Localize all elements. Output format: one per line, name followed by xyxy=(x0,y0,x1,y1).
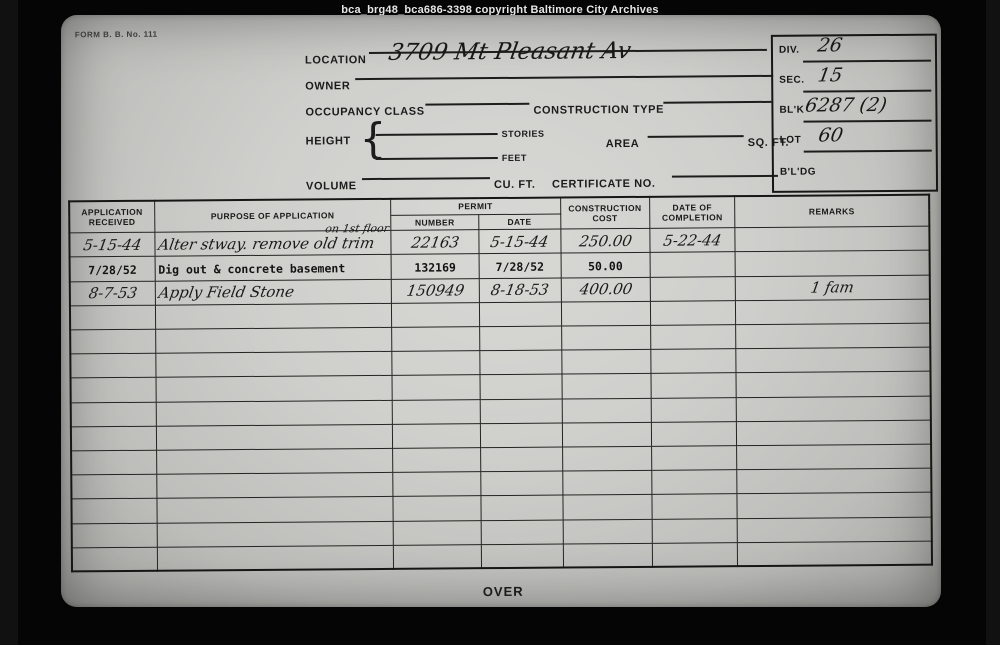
cell-completion xyxy=(652,446,737,471)
info-row-blk: BL'K 6287 (2) xyxy=(773,96,935,127)
info-row-div: DIV. 26 xyxy=(773,36,935,67)
cell-number xyxy=(393,423,481,448)
cell-purpose xyxy=(157,545,394,571)
cell-cost xyxy=(562,422,652,447)
feet-line xyxy=(376,157,498,160)
cell-completion xyxy=(650,276,735,301)
cell-remarks xyxy=(735,226,930,252)
cell-received xyxy=(70,305,155,330)
cell-cost: 250.00 xyxy=(560,229,650,254)
owner-line xyxy=(355,75,773,80)
cell-purpose xyxy=(157,521,394,547)
header-remarks: REMARKS xyxy=(735,195,930,228)
lot-line xyxy=(804,150,932,153)
cell-remarks xyxy=(736,347,931,373)
cell-remarks xyxy=(737,492,932,518)
occupancy-line xyxy=(425,103,529,106)
cell-received xyxy=(71,499,156,524)
cell-cost xyxy=(562,398,652,423)
cell-purpose xyxy=(156,448,393,474)
cell-cost xyxy=(563,519,653,544)
blk-label: BL'K xyxy=(779,105,804,116)
cell-remarks xyxy=(737,468,932,494)
cell-received xyxy=(72,523,157,548)
cell-number xyxy=(392,327,480,352)
cell-purpose xyxy=(156,472,393,498)
cell-cost xyxy=(562,470,652,495)
volume-line xyxy=(362,177,490,180)
cell-purpose xyxy=(155,352,392,378)
cell-date xyxy=(479,326,561,351)
cell-received xyxy=(72,547,157,572)
feet-label: FEET xyxy=(502,153,527,163)
div-value: 26 xyxy=(816,34,844,56)
cell-completion xyxy=(650,252,735,277)
cell-number xyxy=(393,520,481,545)
cell-number xyxy=(393,544,481,569)
location-label: LOCATION xyxy=(305,54,367,66)
info-row-lot: LOT 60 xyxy=(774,126,936,157)
cell-number xyxy=(392,399,480,424)
permit-table: APPLICATION RECEIVED PURPOSE OF APPLICAT… xyxy=(68,194,933,573)
cell-completion xyxy=(652,542,737,567)
cell-date: 5-15-44 xyxy=(479,229,561,254)
cell-completion xyxy=(651,373,736,398)
cell-remarks xyxy=(736,323,931,349)
cell-date xyxy=(480,350,562,375)
header-application-received: APPLICATION RECEIVED xyxy=(69,201,154,233)
cuft-label: CU. FT. xyxy=(494,179,536,191)
cell-cost: 400.00 xyxy=(561,277,651,302)
cell-remarks xyxy=(736,299,931,325)
stories-line xyxy=(376,133,498,136)
cell-completion xyxy=(651,421,736,446)
cell-completion xyxy=(652,494,737,519)
area-line xyxy=(648,135,744,138)
permit-index-card: FORM B. B. No. 111 LOCATION 3709 Mt Plea… xyxy=(61,15,941,607)
lot-value: 60 xyxy=(817,124,845,146)
volume-label: VOLUME xyxy=(306,180,357,192)
lot-info-box: DIV. 26 SEC. 15 BL'K 6287 (2) LOT xyxy=(771,34,938,193)
scan-background: bca_brg48_bca686-3398 copyright Baltimor… xyxy=(0,0,1000,645)
info-row-bldg: B'L'DG xyxy=(774,156,936,187)
cell-purpose xyxy=(155,303,392,329)
header-permit: PERMIT xyxy=(391,198,561,215)
cell-number xyxy=(392,375,480,400)
cell-number xyxy=(393,496,481,521)
cell-remarks xyxy=(735,251,930,277)
cell-cost: 50.00 xyxy=(561,253,651,278)
cell-received xyxy=(71,426,156,451)
header-permit-number: NUMBER xyxy=(391,214,479,230)
cell-number: 132169 xyxy=(391,254,479,279)
header-date-of-completion: DATE OF COMPLETION xyxy=(650,196,735,228)
cell-received xyxy=(71,378,156,403)
cell-number xyxy=(392,351,480,376)
sec-label: SEC. xyxy=(779,75,804,86)
cell-completion xyxy=(651,325,736,350)
cell-cost xyxy=(561,325,651,350)
cell-number: 150949 xyxy=(391,278,479,303)
certificate-label: CERTIFICATE NO. xyxy=(552,178,656,191)
cell-cost xyxy=(561,350,651,375)
cell-completion xyxy=(651,349,736,374)
cell-date: 8-18-53 xyxy=(479,278,561,303)
cell-completion xyxy=(652,470,737,495)
cell-cost xyxy=(563,543,653,568)
location-value: 3709 Mt Pleasant Av xyxy=(387,38,633,66)
form-number: FORM B. B. No. 111 xyxy=(75,30,158,40)
cell-date xyxy=(479,302,561,327)
cell-remarks xyxy=(736,372,931,398)
cell-date xyxy=(480,374,562,399)
cell-number: 22163 xyxy=(391,230,479,255)
cell-received xyxy=(70,329,155,354)
sec-line xyxy=(803,90,931,93)
cell-number xyxy=(393,472,481,497)
cell-received xyxy=(70,353,155,378)
cell-received xyxy=(71,402,156,427)
cell-date xyxy=(481,495,563,520)
stories-label: STORIES xyxy=(502,129,545,139)
height-brace: { xyxy=(359,114,386,163)
cell-received xyxy=(71,474,156,499)
cell-date: 7/28/52 xyxy=(479,253,561,278)
cell-purpose xyxy=(156,400,393,426)
cell-date xyxy=(481,544,563,569)
cell-cost xyxy=(562,495,652,520)
blk-line xyxy=(804,120,932,123)
div-label: DIV. xyxy=(779,45,800,56)
cell-received: 5-15-44 xyxy=(69,232,154,257)
cell-number xyxy=(392,302,480,327)
cell-completion xyxy=(650,300,735,325)
construction-line xyxy=(663,101,771,104)
cell-purpose: on 1st floorAlter stway. remove old trim xyxy=(154,231,391,257)
cell-purpose: Dig out & concrete basement xyxy=(155,255,392,281)
cell-purpose xyxy=(156,376,393,402)
cell-remarks: 1 fam xyxy=(735,275,930,301)
cell-purpose: Apply Field Stone xyxy=(155,279,392,305)
cell-cost xyxy=(562,446,652,471)
permit-table-body: 5-15-44on 1st floorAlter stway. remove o… xyxy=(69,226,932,571)
cell-remarks xyxy=(736,396,931,422)
cell-received: 8-7-53 xyxy=(70,281,155,306)
owner-label: OWNER xyxy=(305,80,350,92)
sec-value: 15 xyxy=(816,64,844,86)
header-construction-cost: CONSTRUCTION COST xyxy=(560,197,650,229)
area-label: AREA xyxy=(606,138,640,150)
cell-purpose xyxy=(156,424,393,450)
cell-date xyxy=(480,399,562,424)
cell-completion: 5-22-44 xyxy=(650,228,735,253)
cell-remarks xyxy=(736,420,931,446)
cell-cost xyxy=(561,301,651,326)
cell-remarks xyxy=(737,541,932,567)
film-edge-right xyxy=(986,0,1000,645)
cell-purpose xyxy=(157,497,394,523)
cell-date xyxy=(481,520,563,545)
div-line xyxy=(803,60,931,63)
height-label: HEIGHT xyxy=(306,135,351,147)
bldg-label: B'L'DG xyxy=(780,167,816,178)
cell-received: 7/28/52 xyxy=(70,257,155,282)
cell-completion xyxy=(651,397,736,422)
cell-remarks xyxy=(737,517,932,543)
cell-completion xyxy=(652,518,737,543)
header-permit-date: DATE xyxy=(479,214,561,230)
cell-purpose xyxy=(155,327,392,353)
construction-type-label: CONSTRUCTION TYPE xyxy=(533,104,664,117)
blk-value: 6287 (2) xyxy=(804,94,889,117)
cell-date xyxy=(480,423,562,448)
cell-remarks xyxy=(737,444,932,470)
cell-cost xyxy=(562,374,652,399)
over-label: OVER xyxy=(63,581,941,603)
cell-date xyxy=(481,471,563,496)
cell-date xyxy=(480,447,562,472)
certificate-line xyxy=(672,175,778,178)
cell-received xyxy=(71,450,156,475)
cell-number xyxy=(393,448,481,473)
film-edge-left xyxy=(0,0,18,645)
lot-label: LOT xyxy=(780,135,802,146)
info-row-sec: SEC. 15 xyxy=(773,66,935,97)
